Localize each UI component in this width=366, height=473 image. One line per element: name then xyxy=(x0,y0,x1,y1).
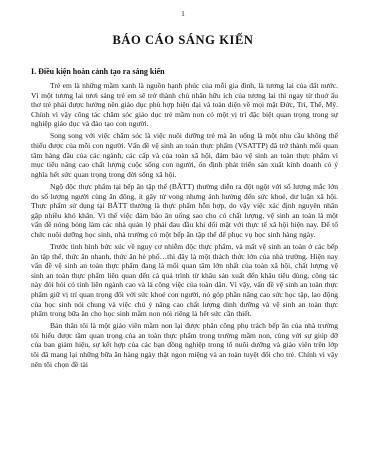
paragraph: Trước tình hình bức xúc về nguy cơ nhiễm… xyxy=(31,242,338,319)
section-heading: I. Điều kiện hoàn cảnh tạo ra sáng kiến xyxy=(31,67,338,76)
document-title: BÁO CÁO SÁNG KIẾN xyxy=(0,33,366,48)
paragraph: Song song với việc chăm sóc là việc nuôi… xyxy=(31,131,338,179)
document-page: 1 BÁO CÁO SÁNG KIẾN I. Điều kiện hoàn cả… xyxy=(0,0,366,473)
document-body: I. Điều kiện hoàn cảnh tạo ra sáng kiến … xyxy=(0,67,366,369)
paragraph-list: Trẻ em là những mầm xanh là nguồn hạnh p… xyxy=(31,81,338,369)
page-number: 1 xyxy=(0,9,366,18)
paragraph: Bản thân tôi là một giáo viên mầm non lạ… xyxy=(31,321,338,369)
paragraph: Trẻ em là những mầm xanh là nguồn hạnh p… xyxy=(31,81,338,129)
paragraph: Ngộ độc thực phẩm tại bếp ăn tập thể (BĂ… xyxy=(31,182,338,240)
